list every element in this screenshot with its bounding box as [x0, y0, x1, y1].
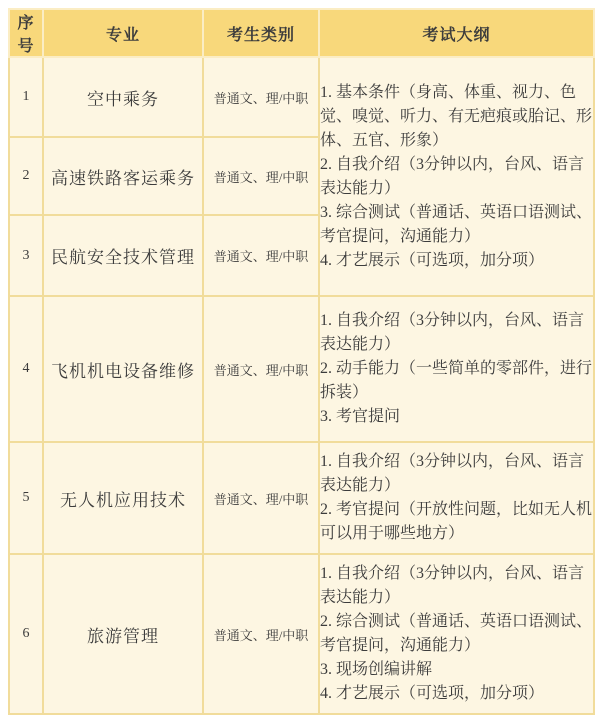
- header-cell-no: 序号: [9, 9, 43, 57]
- category-cell: 普通文、理/中职: [203, 554, 319, 714]
- header-cell-major: 专业: [43, 9, 203, 57]
- outline-item: 1. 自我介绍（3分钟以内，台风、语言表达能力）: [320, 562, 593, 610]
- category-cell: 普通文、理/中职: [203, 57, 319, 137]
- table-row-5: 5 无人机应用技术 普通文、理/中职 1. 自我介绍（3分钟以内，台风、语言表达…: [9, 442, 594, 554]
- outline-item: 3. 考官提问: [320, 405, 593, 429]
- row-number: 4: [9, 296, 43, 442]
- major-cell: 民航安全技术管理: [43, 215, 203, 296]
- outline-cell-row-6: 1. 自我介绍（3分钟以内，台风、语言表达能力） 2. 综合测试（普通话、英语口…: [319, 554, 594, 714]
- outline-item: 1. 基本条件（身高、体重、视力、色觉、嗅觉、听力、有无疤痕或胎记、形体、五官、…: [320, 81, 593, 153]
- category-cell: 普通文、理/中职: [203, 296, 319, 442]
- outline-item: 2. 考官提问（开放性问题，比如无人机可以用于哪些地方）: [320, 498, 593, 546]
- outline-item: 4. 才艺展示（可选项，加分项）: [320, 682, 593, 706]
- outline-item: 3. 现场创编讲解: [320, 658, 593, 682]
- table-row-6: 6 旅游管理 普通文、理/中职 1. 自我介绍（3分钟以内，台风、语言表达能力）…: [9, 554, 594, 714]
- exam-outline-table: 序号 专业 考生类别 考试大纲 1 空中乘务 普通文、理/中职 1. 基本条件（…: [8, 8, 595, 715]
- row-number: 1: [9, 57, 43, 137]
- outline-cell-row-5: 1. 自我介绍（3分钟以内，台风、语言表达能力） 2. 考官提问（开放性问题，比…: [319, 442, 594, 554]
- table-row-1: 1 空中乘务 普通文、理/中职 1. 基本条件（身高、体重、视力、色觉、嗅觉、听…: [9, 57, 594, 137]
- outline-item: 2. 综合测试（普通话、英语口语测试、考官提问，沟通能力）: [320, 610, 593, 658]
- row-number: 5: [9, 442, 43, 554]
- table-row-4: 4 飞机机电设备维修 普通文、理/中职 1. 自我介绍（3分钟以内，台风、语言表…: [9, 296, 594, 442]
- outline-item: 2. 动手能力（一些简单的零部件，进行拆装）: [320, 357, 593, 405]
- row-number: 6: [9, 554, 43, 714]
- major-cell: 无人机应用技术: [43, 442, 203, 554]
- category-cell: 普通文、理/中职: [203, 442, 319, 554]
- category-cell: 普通文、理/中职: [203, 215, 319, 296]
- row-number: 3: [9, 215, 43, 296]
- outline-item: 1. 自我介绍（3分钟以内，台风、语言表达能力）: [320, 309, 593, 357]
- outline-item: 4. 才艺展示（可选项，加分项）: [320, 249, 593, 273]
- major-cell: 空中乘务: [43, 57, 203, 137]
- major-cell: 飞机机电设备维修: [43, 296, 203, 442]
- major-cell: 旅游管理: [43, 554, 203, 714]
- outline-item: 1. 自我介绍（3分钟以内，台风、语言表达能力）: [320, 450, 593, 498]
- outline-item: 3. 综合测试（普通话、英语口语测试、考官提问，沟通能力）: [320, 201, 593, 249]
- header-cell-outline: 考试大纲: [319, 9, 594, 57]
- table-header-row: 序号 专业 考生类别 考试大纲: [9, 9, 594, 57]
- category-cell: 普通文、理/中职: [203, 137, 319, 215]
- header-cell-category: 考生类别: [203, 9, 319, 57]
- outline-cell-row-4: 1. 自我介绍（3分钟以内，台风、语言表达能力） 2. 动手能力（一些简单的零部…: [319, 296, 594, 442]
- exam-outline-table-container: 序号 专业 考生类别 考试大纲 1 空中乘务 普通文、理/中职 1. 基本条件（…: [8, 8, 593, 715]
- outline-cell-rows-1-3: 1. 基本条件（身高、体重、视力、色觉、嗅觉、听力、有无疤痕或胎记、形体、五官、…: [319, 57, 594, 296]
- major-cell: 高速铁路客运乘务: [43, 137, 203, 215]
- row-number: 2: [9, 137, 43, 215]
- outline-item: 2. 自我介绍（3分钟以内，台风、语言表达能力）: [320, 153, 593, 201]
